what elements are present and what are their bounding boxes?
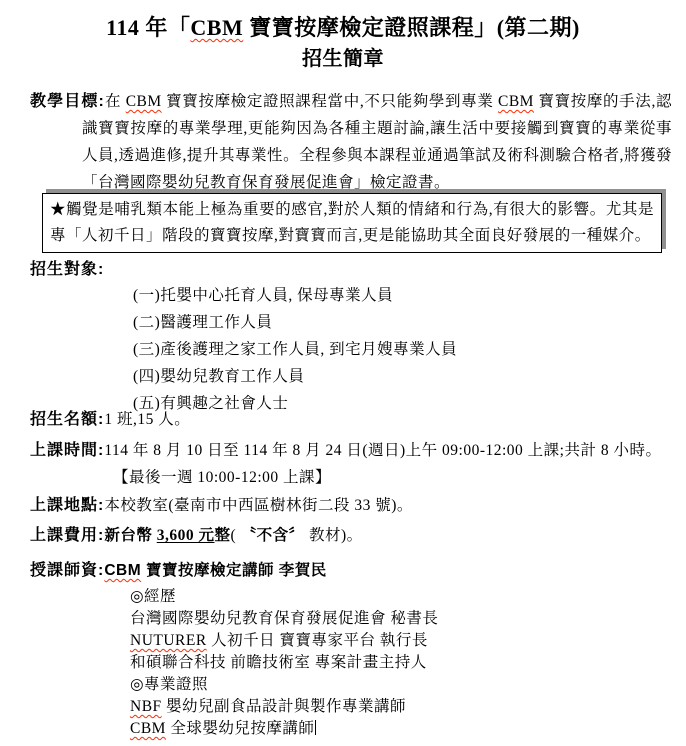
instructor-line: 台灣國際嬰幼兒教育保育發展促進會 秘書長 [130, 608, 438, 630]
text-segment: 新台幣 [104, 527, 156, 544]
instructor-line: ◎經歷 [130, 586, 438, 608]
class-time-value: 114 年 8 月 10 日至 114 年 8 月 24 日(週日)上午 09:… [104, 442, 661, 459]
recruit-target-list: (一)托嬰中心托育人員, 保母專業人員 (二)醫護理工作人員 (三)產後護理之家… [133, 282, 457, 417]
list-item: (三)產後護理之家工作人員, 到宅月嫂專業人員 [133, 336, 457, 363]
text-segment: 嬰幼兒副食品設計與製作專業講師 [162, 698, 406, 715]
instructors-label: 授課師資: [30, 562, 104, 579]
misspelled-word: CBM [190, 15, 243, 40]
document-title-line1: 114 年「CBM 寶寶按摩檢定證照課程」(第二期) [0, 12, 686, 44]
instructor-line: ◎專業證照 [130, 674, 438, 696]
list-item: (二)醫護理工作人員 [133, 309, 457, 336]
misspelled-word: CBM [498, 93, 534, 110]
misspelled-word: CBM [130, 720, 166, 737]
instructor-line: NUTURER 人初千日 寶寶專家平台 執行長 [130, 630, 438, 652]
misspelled-word: CBM [126, 93, 162, 110]
instructor-line-text: NUTURER 人初千日 寶寶專家平台 執行長 [130, 632, 428, 649]
instructor-line-text: ◎經歷 [130, 588, 176, 605]
location-label: 上課地點: [30, 497, 104, 514]
document-title-line2: 招生簡章 [0, 44, 686, 74]
list-item: (四)嬰幼兒教育工作人員 [133, 363, 457, 390]
section-fee: 上課費用:新台幣 3,600 元整( 〝不含〞 教材)。 [30, 522, 363, 549]
list-item: (一)托嬰中心托育人員, 保母專業人員 [133, 282, 457, 309]
fee-value: 新台幣 3,600 元整( 〝不含〞 教材)。 [104, 527, 362, 544]
instructor-line: NBF 嬰幼兒副食品設計與製作專業講師 [130, 696, 438, 718]
text-segment: 在 [105, 93, 126, 110]
text-segment: 教材)。 [305, 527, 363, 544]
text-segment: ( [231, 527, 241, 544]
instructor-line: CBM 全球嬰幼兒按摩講師 [130, 718, 438, 740]
section-class-time: 上課時間:114 年 8 月 10 日至 114 年 8 月 24 日(週日)上… [30, 437, 661, 491]
instructor-line-text: CBM 全球嬰幼兒按摩講師 [130, 720, 314, 737]
highlight-note-text: ★觸覺是哺乳類本能上極為重要的感官,對於人類的情緒和行為,有很大的影響。尤其是專… [50, 201, 654, 244]
text-segment: 全球嬰幼兒按摩講師 [166, 720, 314, 737]
document-page: { "colors": { "page_bg": "#ffffff", "tex… [0, 0, 686, 746]
text-segment: 寶寶按摩檢定證照課程當中,不只能夠學到專業 [162, 93, 498, 110]
misspelled-word: CBM [104, 562, 141, 579]
misspelled-word: NUTURER [130, 632, 207, 649]
text-segment: 114 年「 [106, 15, 190, 40]
instructor-line-text: ◎專業證照 [130, 676, 208, 693]
text-segment: 整 [215, 527, 231, 544]
recruit-target-label: 招生對象: [30, 261, 104, 278]
fee-label: 上課費用: [30, 527, 104, 544]
highlight-note-box: ★觸覺是哺乳類本能上極為重要的感官,對於人類的情緒和行為,有很大的影響。尤其是專… [42, 193, 662, 253]
text-segment: 人初千日 寶寶專家平台 執行長 [207, 632, 428, 649]
text-segment: 寶寶按摩檢定證照課程」(第二期) [243, 15, 580, 40]
location-value: 本校教室(臺南市中西區樹林街二段 33 號)。 [104, 497, 413, 514]
teaching-goal-label: 教學目標: [30, 93, 105, 110]
quota-value: 1 班,15 人。 [104, 411, 190, 428]
text-segment: 和碩聯合科技 前瞻技術室 專案計畫主持人 [130, 654, 427, 671]
class-time-note: 【最後一週 10:00-12:00 上課】 [113, 469, 331, 486]
section-quota: 招生名額:1 班,15 人。 [30, 406, 190, 433]
section-location: 上課地點:本校教室(臺南市中西區樹林街二段 33 號)。 [30, 492, 413, 519]
instructor-line-text: 和碩聯合科技 前瞻技術室 專案計畫主持人 [130, 654, 427, 671]
recruit-target-section: 招生對象: [30, 257, 104, 283]
section-teaching-goal: 教學目標:在 CBM 寶寶按摩檢定證照課程當中,不只能夠學到專業 CBM 寶寶按… [30, 88, 672, 196]
instructor-line-text: 台灣國際嬰幼兒教育保育發展促進會 秘書長 [130, 610, 438, 627]
instructor-detail-lines: ◎經歷 台灣國際嬰幼兒教育保育發展促進會 秘書長 NUTURER 人初千日 寶寶… [130, 586, 438, 740]
instructor-line: 和碩聯合科技 前瞻技術室 專案計畫主持人 [130, 652, 438, 674]
quota-label: 招生名額: [30, 411, 104, 428]
instructor-headline: CBM 寶寶按摩檢定講師 李賀民 [104, 562, 326, 579]
section-instructors: 授課師資:CBM 寶寶按摩檢定講師 李賀民 [30, 557, 327, 584]
misspelled-word: NBF [130, 698, 162, 715]
text-segment: 〝不含〞 [241, 527, 305, 544]
text-cursor[interactable] [315, 720, 316, 735]
text-segment: ◎專業證照 [130, 676, 208, 693]
text-segment: 台灣國際嬰幼兒教育保育發展促進會 秘書長 [130, 610, 438, 627]
teaching-goal-body: 在 CBM 寶寶按摩檢定證照課程當中,不只能夠學到專業 CBM 寶寶按摩的手法,… [82, 93, 672, 191]
text-segment: 寶寶按摩檢定講師 李賀民 [141, 562, 327, 579]
class-time-label: 上課時間: [30, 442, 104, 459]
text-segment: 3,600 元 [157, 527, 215, 544]
text-segment: ◎經歷 [130, 588, 176, 605]
instructor-line-text: NBF 嬰幼兒副食品設計與製作專業講師 [130, 698, 406, 715]
